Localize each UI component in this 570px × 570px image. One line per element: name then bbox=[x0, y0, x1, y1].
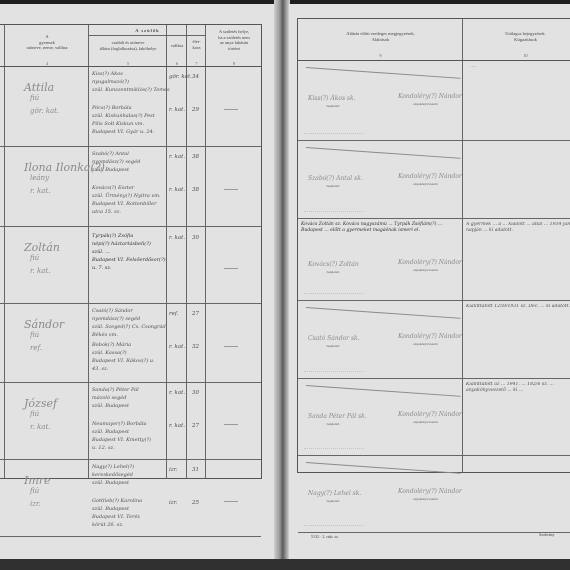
signature-line bbox=[304, 211, 364, 212]
mother-info: Bobok(?) Mária bbox=[92, 342, 131, 348]
mother-info: szül. Budapest bbox=[92, 429, 129, 435]
child-religion: ref. bbox=[30, 344, 42, 352]
declarant-label: bejelentő bbox=[318, 344, 348, 348]
header-text: kora bbox=[187, 45, 206, 51]
registrar-signature: Kondoléry(?) Nándor bbox=[398, 259, 462, 266]
father-religion: r. kat. bbox=[169, 154, 185, 160]
father-info: Békés vm. bbox=[92, 332, 118, 338]
right-table-header: Aláírás előtti esetleges megjegyzések. A… bbox=[298, 19, 570, 61]
child-name: Attila bbox=[24, 81, 54, 94]
registrar-label: anyakönyvvezető bbox=[403, 102, 448, 106]
header-text: Aláírások bbox=[298, 37, 463, 43]
mother-info: szül. Kiskunhalas(?) Pest bbox=[92, 113, 155, 119]
mother-religion: r. kat. bbox=[169, 423, 185, 429]
column-number: 6 bbox=[167, 61, 187, 66]
mother-info: Budapest VI. Gyár u. 24. bbox=[92, 129, 154, 135]
declarant-signature: Kovács(?) Zoltán bbox=[308, 261, 359, 268]
form-number: 5132 · 2. rakt. sz. bbox=[311, 534, 339, 539]
header-text: utóneve, neme, vallása bbox=[5, 45, 89, 51]
left-page: A gyermek utóneve, neme, vallása 4 A szü… bbox=[0, 4, 276, 559]
mother-info: Tyrpák(?) Zsófia bbox=[92, 233, 133, 239]
signature-line bbox=[304, 133, 364, 134]
child-religion: r. kat. bbox=[30, 423, 50, 431]
table-row: Imrefiúizr.Nagy(?) Lehel(?)kereskedősegé… bbox=[0, 460, 261, 537]
mother-info: Pócs(?) Borbála bbox=[92, 105, 132, 111]
mother-info: Budapest VI. Felsőerdősor(?) bbox=[92, 257, 166, 263]
child-religion: r. kat. bbox=[30, 187, 50, 195]
father-religion: gör. kat. bbox=[169, 74, 192, 80]
mother-info: Budapest VI. Rákos(?) u. bbox=[92, 358, 155, 364]
mother-info: szül. ... bbox=[92, 249, 110, 255]
signature-line bbox=[304, 525, 364, 526]
child-religion: izr. bbox=[30, 500, 41, 508]
father-religion: r. kat. bbox=[169, 390, 185, 396]
mother-info: u. 7. sz. bbox=[92, 265, 112, 271]
header-divider bbox=[89, 35, 206, 36]
cancel-stroke bbox=[306, 385, 461, 397]
mother-info: szül. Budapest bbox=[92, 506, 129, 512]
mother-religion: izr. bbox=[169, 500, 177, 506]
father-info: szül. Budapest bbox=[92, 403, 129, 409]
table-row: Ilona Ilonka(?)leányr. kat.Szabó(?) Anta… bbox=[0, 147, 261, 227]
child-sex: leány bbox=[30, 174, 49, 182]
register-spread: A gyermek utóneve, neme, vallása 4 A szü… bbox=[0, 0, 570, 570]
father-info: nyugalmazó(?) bbox=[92, 79, 129, 85]
mother-info: szül. Kassa(?) bbox=[92, 350, 127, 356]
column-number: 8 bbox=[206, 61, 262, 66]
right-page: Aláírás előtti esetleges megjegyzések. A… bbox=[288, 4, 570, 559]
birthplace-dash bbox=[224, 109, 238, 110]
father-age: 27 bbox=[192, 311, 199, 317]
cancel-stroke bbox=[306, 307, 461, 319]
table-row: Sándorfiúref.Csató(?) Sándornyomdász(?) … bbox=[0, 304, 261, 383]
father-age: 31 bbox=[192, 467, 199, 473]
father-info: szül. Budapest bbox=[92, 167, 129, 173]
declarant-label: bejelentő bbox=[318, 270, 348, 274]
stamp-mark: .... bbox=[470, 63, 476, 69]
header-col4: A gyermek utóneve, neme, vallása bbox=[5, 34, 89, 51]
page-bottom-edge bbox=[0, 559, 570, 570]
declarant-signature: Nagy(?) Lehel sk. bbox=[308, 490, 361, 497]
declarant-signature: Sanda Péter Pál sk. bbox=[308, 413, 367, 420]
mother-info: Budapest VI. Teréz bbox=[92, 514, 140, 520]
table-row: Sanda Péter Pál sk.bejelentőKondoléry(?)… bbox=[298, 379, 570, 456]
declarant-label: bejelentő bbox=[318, 499, 348, 503]
cancel-stroke bbox=[306, 462, 461, 474]
mother-info: Gottlieb(?) Karolina bbox=[92, 498, 142, 504]
registrar-label: anyakönyvvezető bbox=[403, 182, 448, 186]
father-info: nyomdász(?) segéd bbox=[92, 316, 140, 322]
registrar-signature: Kondoléry(?) Nándor bbox=[398, 333, 462, 340]
registrar-signature: Kondoléry(?) Nándor bbox=[398, 411, 462, 418]
header-col5: családi és utóneve állása (foglalkozása)… bbox=[89, 40, 167, 51]
table-row: Csató Sándor sk.bejelentőKondoléry(?) Ná… bbox=[298, 301, 570, 379]
mother-age: 38 bbox=[192, 187, 199, 193]
later-entry-text: A gyermek ... a ... kiadott ... által ..… bbox=[466, 222, 570, 234]
later-entry-text: Kiállíttatott 1259/1931 sz. Dec. ... ki … bbox=[466, 304, 570, 310]
header-text: történt bbox=[206, 46, 262, 52]
child-sex: fiú bbox=[30, 94, 39, 102]
child-name: Zoltán bbox=[24, 241, 60, 254]
table-row: Kiss(?) Ákos sk.bejelentőKondoléry(?) Ná… bbox=[298, 61, 570, 141]
declarant-signature: Szabó(?) Antal sk. bbox=[308, 175, 363, 182]
father-religion: ref. bbox=[169, 311, 178, 317]
footer-label: Szabvány bbox=[539, 532, 555, 537]
header-text: állása (foglalkozása), lakóhelye bbox=[89, 46, 167, 52]
right-register-table: Aláírás előtti esetleges megjegyzések. A… bbox=[297, 18, 570, 473]
left-table-header: A gyermek utóneve, neme, vallása 4 A szü… bbox=[0, 25, 261, 67]
table-row: Attilafiúgör. kat.Kiss(?) Ákosnyugalmazó… bbox=[0, 67, 261, 147]
column-number: 9 bbox=[298, 53, 463, 58]
header-col10: Utólagos bejegyzések. Kiigazítások bbox=[463, 31, 570, 42]
child-sex: fiú bbox=[30, 487, 39, 495]
father-age: 34 bbox=[192, 74, 199, 80]
child-sex: fiú bbox=[30, 254, 39, 262]
table-row: Kovács Zoltán sz. Kovács nagyszámú ... T… bbox=[298, 219, 570, 301]
registrar-label: anyakönyvvezető bbox=[403, 268, 448, 272]
header-parents-group: A szülők bbox=[89, 28, 206, 34]
father-religion: izr. bbox=[169, 467, 177, 473]
mother-religion: r. kat. bbox=[169, 344, 185, 350]
mother-info: Budapest VI. Rottenbiller bbox=[92, 201, 157, 207]
birthplace-dash bbox=[224, 189, 238, 190]
father-info: kereskedősegéd bbox=[92, 472, 133, 478]
mother-religion: r. kat. bbox=[169, 107, 185, 113]
header-text: Kiigazítások bbox=[463, 37, 570, 43]
birthplace-dash bbox=[224, 268, 238, 269]
father-info: Csató(?) Sándor bbox=[92, 308, 133, 314]
table-row: Szabó(?) Antal sk.bejelentőKondoléry(?) … bbox=[298, 141, 570, 219]
child-sex: fiú bbox=[30, 331, 39, 339]
father-age: 30 bbox=[192, 390, 199, 396]
mother-info: Budapest VI. Kmetty(?) bbox=[92, 437, 151, 443]
cancel-stroke bbox=[306, 67, 461, 79]
mother-info: Pilis Solt Kiskun vm. bbox=[92, 121, 144, 127]
father-info: szül. Szeged(?) Cs. Csongrád bbox=[92, 324, 166, 330]
father-info: szül. Budapest bbox=[92, 480, 129, 486]
mother-age: 30 bbox=[192, 235, 199, 241]
column-number: 4 bbox=[5, 61, 89, 66]
father-age: 38 bbox=[192, 154, 199, 160]
registrar-label: anyakönyvvezető bbox=[403, 497, 448, 501]
child-name: József bbox=[24, 397, 57, 410]
child-sex: fiú bbox=[30, 410, 39, 418]
later-entry-text: Kiállíttatott az ... 1941. ... 182/6 sz.… bbox=[466, 382, 570, 394]
column-number: 7 bbox=[187, 61, 206, 66]
signature-line bbox=[304, 371, 364, 372]
registrar-signature: Kondoléry(?) Nándor bbox=[398, 488, 462, 495]
mother-age: 29 bbox=[192, 107, 199, 113]
column-number: 10 bbox=[463, 53, 570, 58]
child-name: Imre bbox=[24, 474, 51, 487]
mother-religion: r. kat. bbox=[169, 187, 185, 193]
child-religion: r. kat. bbox=[30, 267, 50, 275]
declarant-signature: Csató Sándor sk. bbox=[308, 335, 360, 342]
table-row: Zoltánfiúr. kat.Tyrpák(?) Zsófianépi(?) … bbox=[0, 227, 261, 304]
table-row: Nagy(?) Lehel sk.bejelentőKondoléry(?) N… bbox=[298, 456, 570, 533]
father-info: nyomdász(?) segéd bbox=[92, 159, 140, 165]
column-number: 5 bbox=[89, 61, 167, 66]
birthplace-dash bbox=[224, 501, 238, 502]
signature-line bbox=[304, 448, 364, 449]
mother-age: 32 bbox=[192, 344, 199, 350]
signature-line bbox=[304, 293, 364, 294]
mother-info: népi(?) háztartásbeli(?) bbox=[92, 241, 151, 247]
cancel-stroke bbox=[306, 147, 461, 159]
declarant-label: bejelentő bbox=[318, 184, 348, 188]
header-col7: élet- kora bbox=[187, 39, 206, 50]
header-col8: A születés helye, ha a születés nem az a… bbox=[206, 29, 262, 51]
mother-age: 25 bbox=[192, 500, 199, 506]
mother-info: Kovács(?) Eszter bbox=[92, 185, 134, 191]
father-info: Nagy(?) Lehel(?) bbox=[92, 464, 134, 470]
birthplace-dash bbox=[224, 424, 238, 425]
father-info: Sanda(?) Péter Pál bbox=[92, 387, 139, 393]
registrar-signature: Kondoléry(?) Nándor bbox=[398, 173, 462, 180]
child-religion: gör. kat. bbox=[30, 107, 59, 115]
registrar-signature: Kondoléry(?) Nándor bbox=[398, 93, 462, 100]
father-info: Kiss(?) Ákos bbox=[92, 71, 123, 77]
declarant-signature: Kiss(?) Ákos sk. bbox=[308, 95, 356, 102]
declarant-label: bejelentő bbox=[318, 422, 348, 426]
mother-info: Neumayer(?) Borbála bbox=[92, 421, 146, 427]
header-col9: Aláírás előtti esetleges megjegyzések. A… bbox=[298, 31, 463, 42]
table-row: Józseffiúr. kat.Sanda(?) Péter Pálmázoló… bbox=[0, 383, 261, 460]
registrar-label: anyakönyvvezető bbox=[403, 342, 448, 346]
registrar-label: anyakönyvvezető bbox=[403, 420, 448, 424]
mother-info: szül. Ürmény(?) Nyitra vm. bbox=[92, 193, 161, 199]
header-col6: vallása bbox=[167, 43, 187, 49]
mother-religion: r. kat. bbox=[169, 235, 185, 241]
child-name: Sándor bbox=[24, 318, 64, 331]
left-register-table: A gyermek utóneve, neme, vallása 4 A szü… bbox=[0, 24, 262, 479]
father-info: Szabó(?) Antal bbox=[92, 151, 129, 157]
mother-info: 43. sz. bbox=[92, 366, 108, 372]
mother-info: utca 15. sz. bbox=[92, 209, 121, 215]
declarant-label: bejelentő bbox=[318, 104, 348, 108]
remark-text: Kovács Zoltán sz. Kovács nagyszámú ... T… bbox=[301, 222, 461, 234]
father-info: szül. Kunszentmiklós(?) Temes bbox=[92, 87, 170, 93]
mother-info: u. 12. sz. bbox=[92, 445, 115, 451]
mother-info: körút 26. sz. bbox=[92, 522, 124, 528]
father-info: mázoló segéd bbox=[92, 395, 126, 401]
birthplace-dash bbox=[224, 346, 238, 347]
mother-age: 27 bbox=[192, 423, 199, 429]
